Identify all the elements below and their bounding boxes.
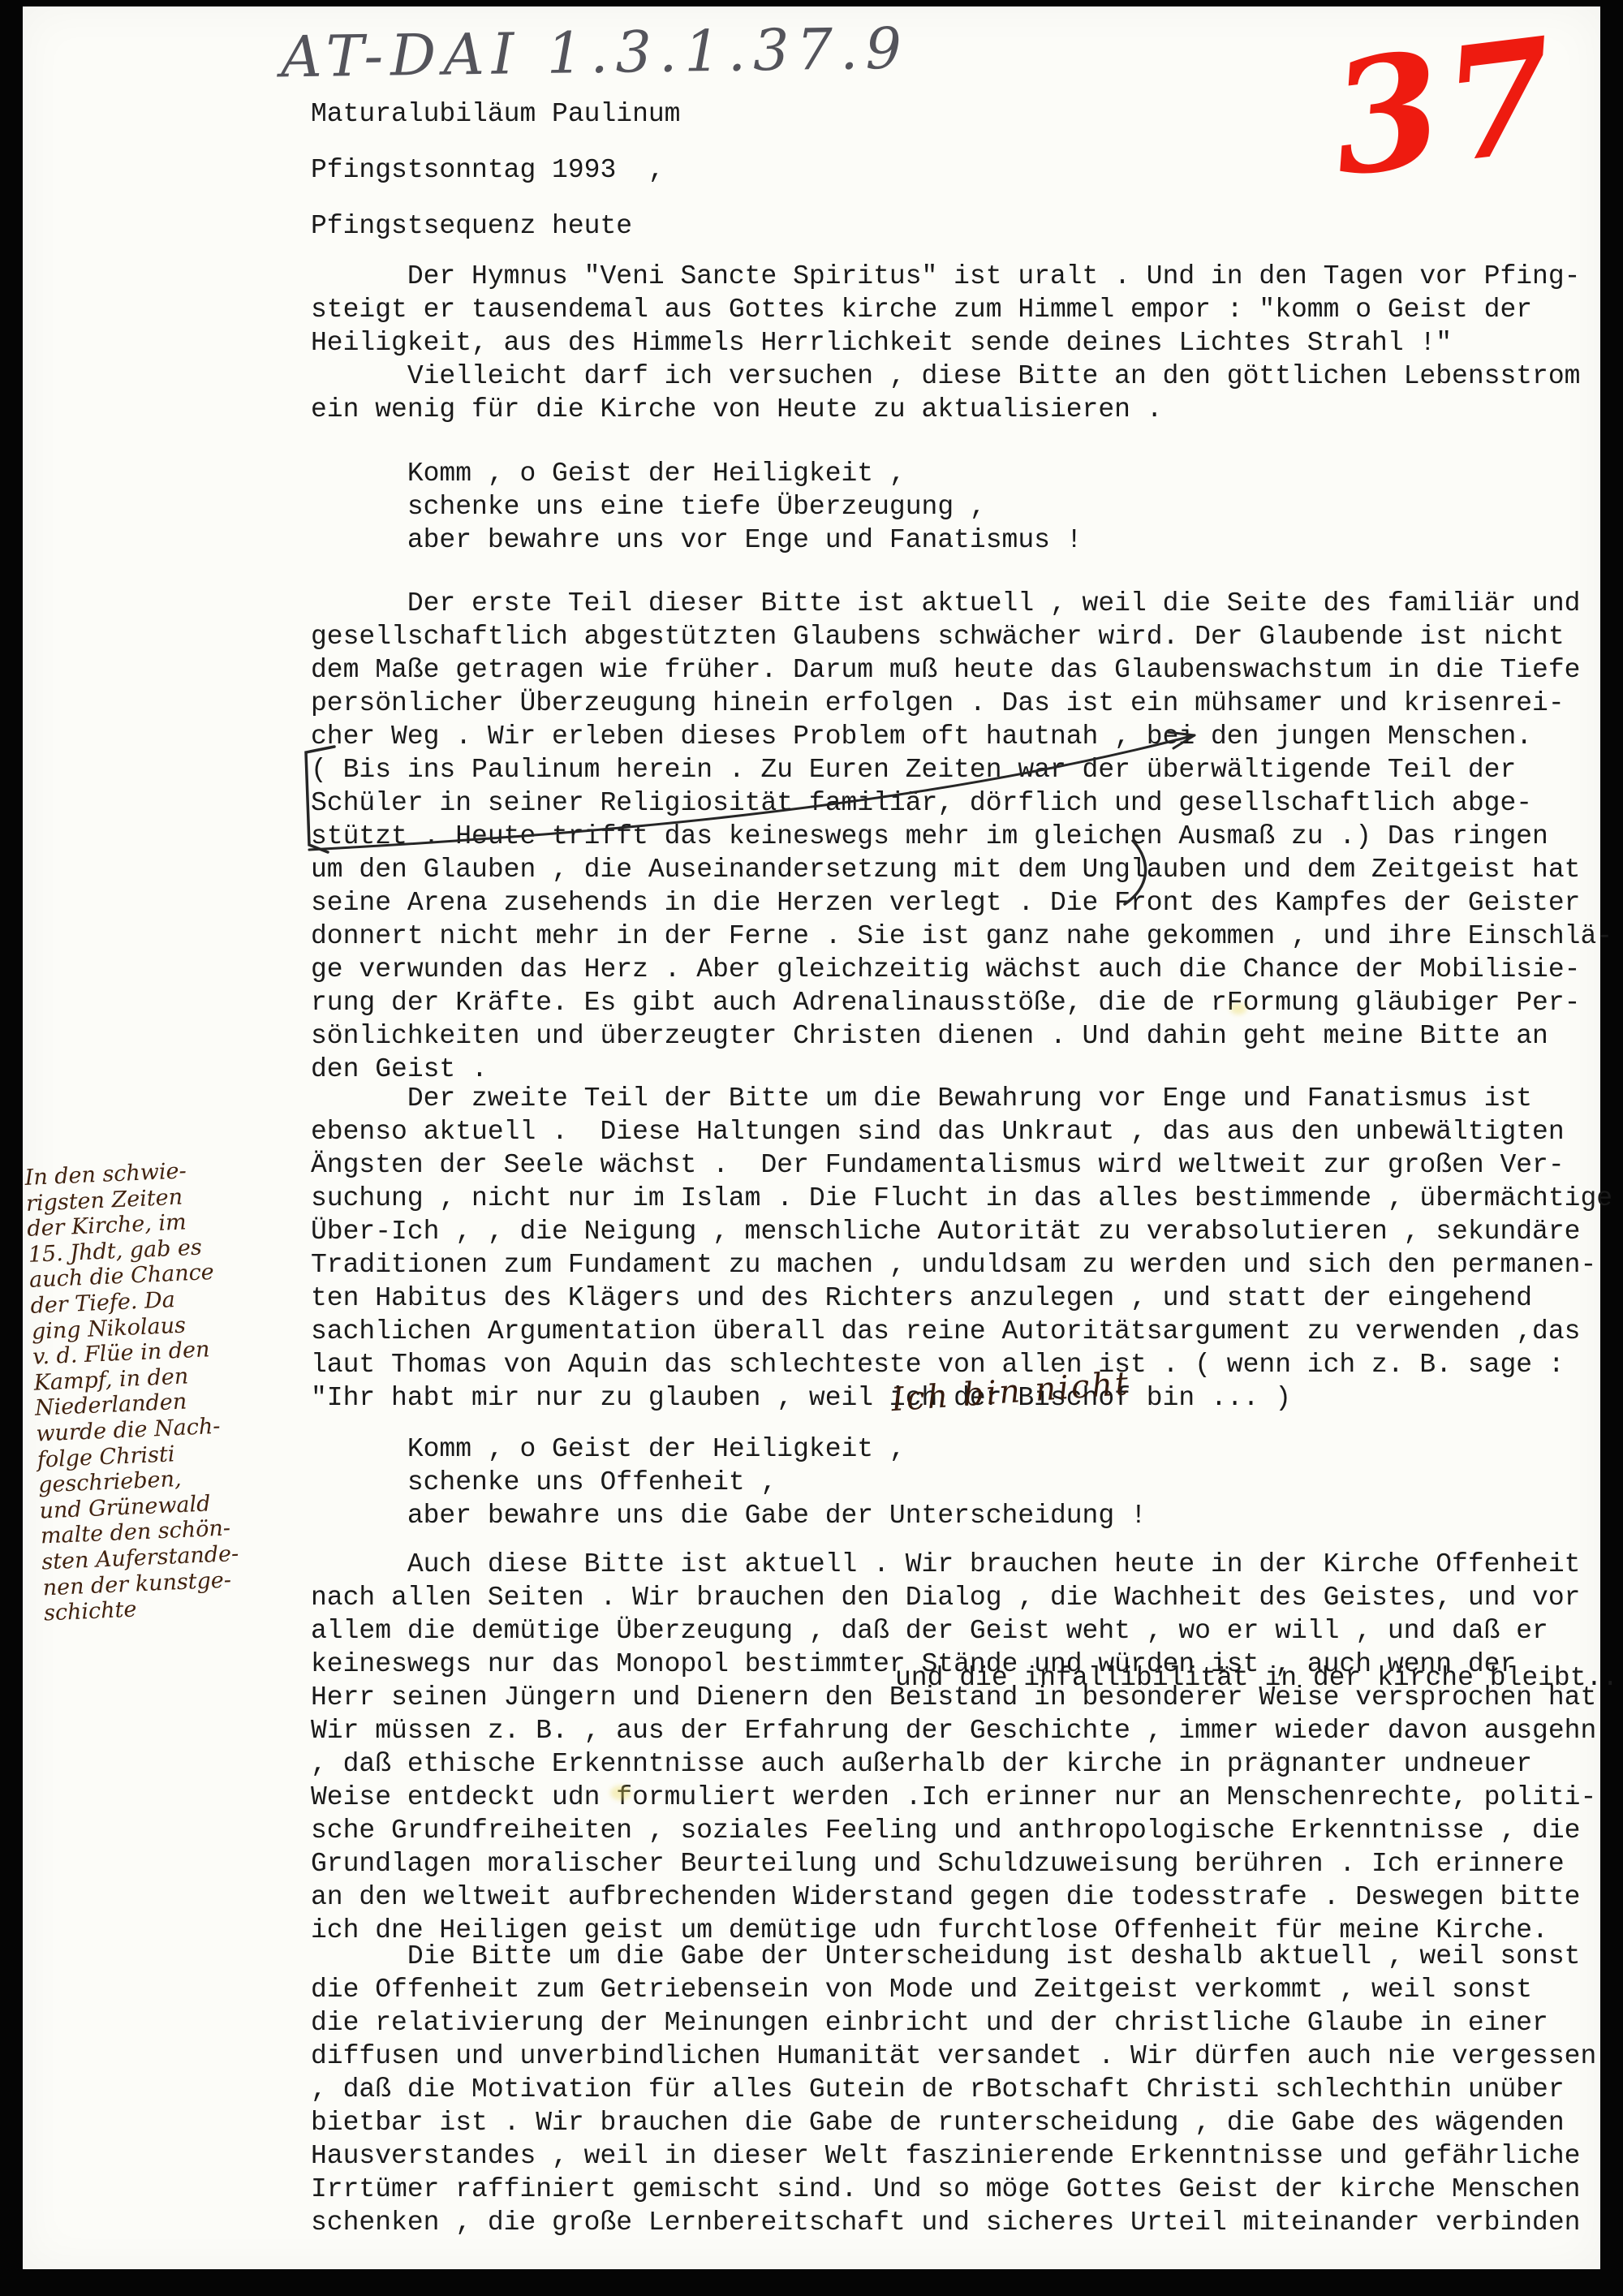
typed-line: Komm , o Geist der Heiligkeit , (311, 457, 1083, 490)
typed-line: bietbar ist . Wir brauchen die Gabe de r… (311, 2106, 1596, 2139)
title-line: Pfingstsequenz heute (311, 198, 680, 254)
document-title-block: Maturalubiläum PaulinumPfingstsonntag 19… (311, 86, 680, 254)
typed-line: Die Bitte um die Gabe der Unterscheidung… (311, 1940, 1596, 1973)
typed-line: Komm , o Geist der Heiligkeit , (311, 1432, 1147, 1466)
typed-line: ge verwunden das Herz . Aber gleichzeiti… (311, 953, 1612, 986)
typed-line: ebenso aktuell . Diese Haltungen sind da… (311, 1115, 1612, 1148)
typed-line: aber bewahre uns die Gabe der Unterschei… (311, 1499, 1147, 1532)
typed-line: nach allen Seiten . Wir brauchen den Dia… (311, 1581, 1596, 1614)
typed-line: aber bewahre uns vor Enge und Fanatismus… (311, 523, 1083, 557)
scanned-document: { "page": { "background_color": "#050505… (0, 0, 1623, 2296)
typed-line: an den weltweit aufbrechenden Widerstand… (311, 1880, 1596, 1914)
typed-line: Auch diese Bitte ist aktuell . Wir brauc… (311, 1548, 1596, 1581)
paragraph-openness: Auch diese Bitte ist aktuell . Wir brauc… (311, 1548, 1596, 1947)
typed-line: ten Habitus des Klägers und des Richters… (311, 1282, 1612, 1315)
typed-line: , daß ethische Erkenntnisse auch außerha… (311, 1747, 1596, 1781)
typed-line: seine Arena zusehends in die Herzen verl… (311, 886, 1612, 920)
typed-line: sönlichkeiten und überzeugter Christen d… (311, 1019, 1612, 1053)
typed-line: um den Glauben , die Auseinandersetzung … (311, 853, 1612, 886)
typed-line: Der Hymnus "Veni Sancte Spiritus" ist ur… (311, 260, 1580, 293)
typed-line: Vielleicht darf ich versuchen , diese Bi… (311, 360, 1580, 393)
title-line: Maturalubiläum Paulinum (311, 86, 680, 142)
paper-stain (1230, 1003, 1246, 1014)
typed-line: steigt er tausendemal aus Gottes kirche … (311, 293, 1580, 326)
typed-line: sachlichen Argumentation überall das rei… (311, 1315, 1612, 1348)
typed-line: Wir müssen z. B. , aus der Erfahrung der… (311, 1714, 1596, 1747)
paragraph-second-petition: Der zweite Teil der Bitte um die Bewahru… (311, 1082, 1612, 1415)
typed-line: Der erste Teil dieser Bitte ist aktuell … (311, 587, 1612, 620)
archive-code-handwritten: AT-DAI 1.3.1.37.9 (280, 15, 909, 91)
typed-line: Über-Ich , , die Neigung , menschliche A… (311, 1215, 1612, 1248)
typed-line: den Geist . (311, 1053, 1612, 1086)
typed-line: Heiligkeit, aus des Himmels Herrlichkeit… (311, 326, 1580, 360)
typed-line: rung der Kräfte. Es gibt auch Adrenalina… (311, 986, 1612, 1019)
typed-line: Ängsten der Seele wächst . Der Fundament… (311, 1148, 1612, 1182)
typed-line: sche Grundfreiheiten , soziales Feeling … (311, 1814, 1596, 1847)
typed-line: Hausverstandes , weil in dieser Welt fas… (311, 2139, 1596, 2173)
title-line: Pfingstsonntag 1993 , (311, 142, 680, 198)
typed-line: Irrtümer raffiniert gemischt sind. Und s… (311, 2173, 1596, 2206)
typed-line: Traditionen zum Fundament zu machen , un… (311, 1248, 1612, 1282)
typed-line: gesellschaftlich abgestützten Glaubens s… (311, 620, 1612, 653)
typed-line: schenke uns eine tiefe Überzeugung , (311, 490, 1083, 523)
typed-line: dem Maße getragen wie früher. Darum muß … (311, 653, 1612, 687)
paragraph-intro: Der Hymnus "Veni Sancte Spiritus" ist ur… (311, 260, 1580, 426)
typed-line: Schüler in seiner Religiosität familiär,… (311, 786, 1612, 820)
page-number-red-handwritten: 37 (1322, 3, 1569, 212)
margin-note-handwritten: In den schwie-rigsten Zeitender Kirche, … (24, 1152, 349, 1627)
typed-line: ein wenig für die Kirche von Heute zu ak… (311, 393, 1580, 426)
typed-line: cher Weg . Wir erleben dieses Problem of… (311, 720, 1612, 753)
typed-line: donnert nicht mehr in der Ferne . Sie is… (311, 920, 1612, 953)
typed-line: schenke uns Offenheit , (311, 1466, 1147, 1499)
typed-line: schenken , die große Lernbereitschaft un… (311, 2206, 1596, 2239)
typed-line: persönlicher Überzeugung hinein erfolgen… (311, 687, 1612, 720)
typed-line: ( Bis ins Paulinum herein . Zu Euren Zei… (311, 753, 1612, 786)
typed-line: Weise entdeckt udn formuliert werden .Ic… (311, 1781, 1596, 1814)
verse-invocation-2: Komm , o Geist der Heiligkeit , schenke … (311, 1432, 1147, 1532)
paragraph-first-petition: Der erste Teil dieser Bitte ist aktuell … (311, 587, 1612, 1086)
typed-line: Der zweite Teil der Bitte um die Bewahru… (311, 1082, 1612, 1115)
interline-typed-insertion: und die infallibilität in der kirche ble… (895, 1663, 1623, 1693)
typed-line: allem die demütige Überzeugung , daß der… (311, 1614, 1596, 1648)
typed-line: stützt . Heute trifft das keineswegs meh… (311, 820, 1612, 853)
typed-line: suchung , nicht nur im Islam . Die Fluch… (311, 1182, 1612, 1215)
typed-line: Grundlagen moralischer Beurteilung und S… (311, 1847, 1596, 1880)
typed-line: diffusen und unverbindlichen Humanität v… (311, 2040, 1596, 2073)
typed-line: die relativierung der Meinungen einbrich… (311, 2006, 1596, 2040)
paragraph-discernment: Die Bitte um die Gabe der Unterscheidung… (311, 1940, 1596, 2239)
verse-invocation-1: Komm , o Geist der Heiligkeit , schenke … (311, 457, 1083, 557)
typed-line: die Offenheit zum Getriebensein von Mode… (311, 1973, 1596, 2006)
paper-stain (610, 1786, 631, 1800)
typed-line: , daß die Motivation für alles Gutein de… (311, 2073, 1596, 2106)
